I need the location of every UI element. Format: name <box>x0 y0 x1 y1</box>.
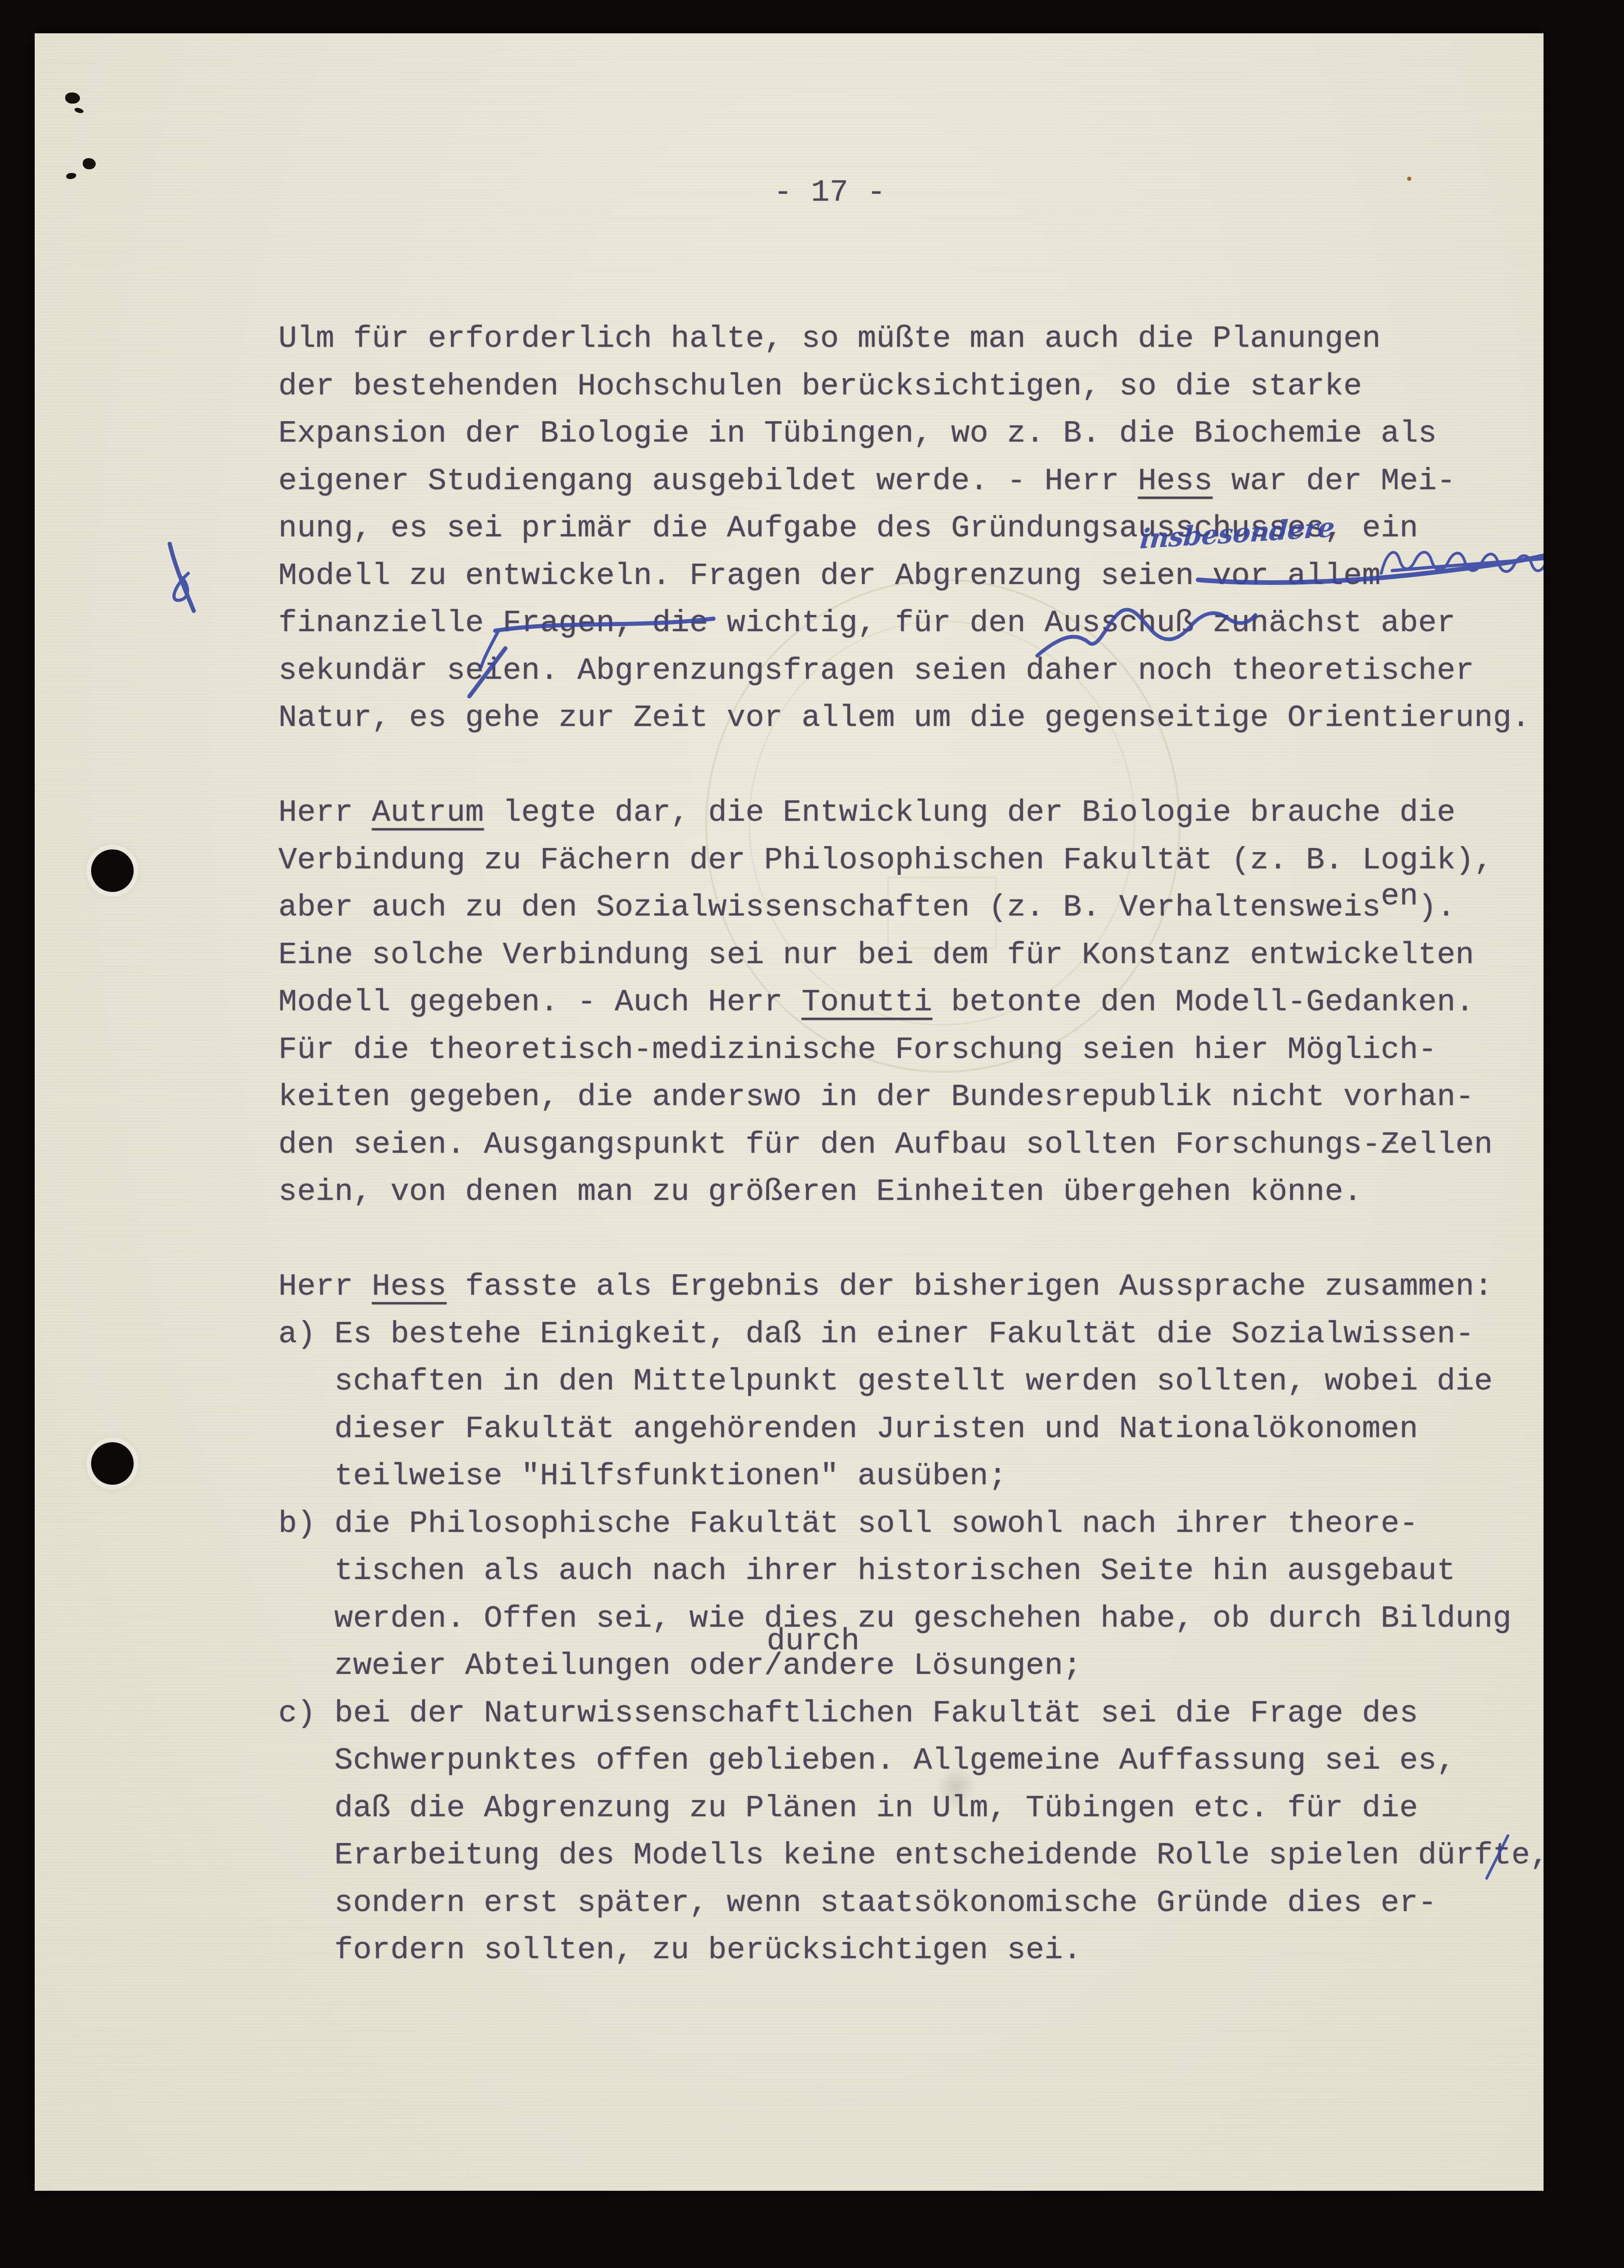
paper-fleck <box>1407 177 1411 181</box>
text-segment: Natur, es gehe zur Zeit vor allem um die… <box>278 701 1530 736</box>
staple-hole <box>66 172 77 180</box>
margin-mark-loop <box>174 573 188 600</box>
text-line-p2-6: Für die theoretisch-medizinische Forschu… <box>278 1035 1437 1066</box>
text-segment: Ulm für erforderlich halte, so müßte man… <box>278 321 1381 356</box>
text-segment: Herr <box>278 1269 372 1304</box>
text-line-p1-6: Modell zu entwickeln. Fragen der Abgrenz… <box>278 561 1381 592</box>
page-number: - 17 - <box>774 178 886 209</box>
text-segment: Modell zu entwickeln. Fragen der Abgrenz… <box>278 559 1381 594</box>
text-segment: legte dar, die Entwicklung der Biologie … <box>484 795 1456 830</box>
text-line-p3-7: tischen als auch nach ihrer historischen… <box>334 1556 1455 1587</box>
text-segment: sondern erst später, wenn staatsökonomis… <box>334 1886 1437 1921</box>
text-segment: Schwerpunktes offen geblieben. Allgemein… <box>334 1743 1455 1778</box>
text-segment: teilweise "Hilfsfunktionen" ausüben; <box>334 1459 1007 1494</box>
text-segment: en <box>1381 879 1418 914</box>
text-segment: a) Es bestehe Einigkeit, daß in einer Fa… <box>278 1317 1474 1352</box>
text-segment: Erarbeitung des Modells keine entscheide… <box>334 1838 1549 1873</box>
text-line-p3-11: Schwerpunktes offen geblieben. Allgemein… <box>334 1746 1455 1776</box>
text-segment: tischen als auch nach ihrer historischen… <box>334 1554 1455 1589</box>
text-line-p3-5: teilweise "Hilfsfunktionen" ausüben; <box>334 1461 1007 1492</box>
text-segment: werden. Offen sei, wie dies zu geschehen… <box>334 1601 1512 1636</box>
text-segment: Expansion der Biologie in Tübingen, wo z… <box>278 416 1437 451</box>
text-line-p3-4: dieser Fakultät angehörenden Juristen un… <box>334 1414 1418 1445</box>
text-segment: sekundär seien. Abgrenzungsfragen seien … <box>278 653 1474 688</box>
scribbled-word-crossed-out <box>1381 552 1544 573</box>
strike-scribble-second <box>1392 559 1544 571</box>
text-line-p3-2: a) Es bestehe Einigkeit, daß in einer Fa… <box>278 1319 1474 1350</box>
text-segment: Verbindung zu Fächern der Philosophische… <box>278 843 1493 878</box>
text-segment: dieser Fakultät angehörenden Juristen un… <box>334 1412 1418 1447</box>
text-line-p1-3: Expansion der Biologie in Tübingen, wo z… <box>278 418 1437 449</box>
text-segment: Für die theoretisch-medizinische Forschu… <box>278 1033 1437 1068</box>
text-line-p2-3: aber auch zu den Sozialwissenschaften (z… <box>278 892 1456 923</box>
text-segment: der bestehenden Hochschulen berücksichti… <box>278 369 1362 404</box>
text-line-p3-10: c) bei der Naturwissenschaftlichen Fakul… <box>278 1698 1418 1729</box>
text-line-p2-2: Verbindung zu Fächern der Philosophische… <box>278 845 1493 876</box>
text-line-p3-3: schaften in den Mittelpunkt gestellt wer… <box>334 1366 1493 1397</box>
punch-hole-top <box>91 849 134 892</box>
text-line-p3-9: zweier Abteilungen oder/andere Lösungen; <box>334 1651 1082 1682</box>
underlined-name: Hess <box>1138 464 1213 499</box>
text-segment: schaften in den Mittelpunkt gestellt wer… <box>334 1364 1493 1399</box>
text-line-p2-5: Modell gegeben. - Auch Herr Tonutti beto… <box>278 987 1474 1018</box>
text-segment: Z- <box>1381 1130 1399 1161</box>
document-page: - 17 - Ulm für erforderlich halte, so mü… <box>35 33 1544 2191</box>
text-line-p1-9: Natur, es gehe zur Zeit vor allem um die… <box>278 703 1530 734</box>
text-segment: b) die Philosophische Fakultät soll sowo… <box>278 1506 1418 1542</box>
text-line-p1-2: der bestehenden Hochschulen berücksichti… <box>278 371 1362 402</box>
text-line-p3-1: Herr Hess fasste als Ergebnis der bisher… <box>278 1272 1493 1303</box>
text-segment: zweier Abteilungen oder/andere Lösungen; <box>334 1648 1082 1684</box>
text-line-p2-7: keiten gegeben, die anderswo in der Bund… <box>278 1082 1474 1113</box>
text-line-p1-1: Ulm für erforderlich halte, so müßte man… <box>278 324 1381 355</box>
text-segment: daß die Abgrenzung zu Plänen in Ulm, Tüb… <box>334 1791 1418 1826</box>
text-segment: war der Mei- <box>1212 464 1455 499</box>
underlined-name: Tonutti <box>801 985 932 1020</box>
text-segment: keiten gegeben, die anderswo in der Bund… <box>278 1080 1474 1115</box>
text-line-p2-4: Eine solche Verbindung sei nur bei dem f… <box>278 940 1474 971</box>
typed-insertion-durch: durch <box>767 1626 860 1657</box>
scanned-document: - 17 - Ulm für erforderlich halte, so mü… <box>0 0 1624 2268</box>
text-line-p3-14: sondern erst später, wenn staatsökonomis… <box>334 1888 1437 1919</box>
text-line-p2-9: sein, von denen man zu größeren Einheite… <box>278 1177 1362 1208</box>
staple-hole <box>74 107 84 114</box>
punch-hole-bottom <box>91 1442 134 1485</box>
text-line-p3-12: daß die Abgrenzung zu Plänen in Ulm, Tüb… <box>334 1793 1418 1824</box>
text-line-p2-8: den seien. Ausgangspunkt für den Aufbau … <box>278 1130 1493 1161</box>
text-segment: ellen <box>1399 1127 1493 1162</box>
text-line-p2-1: Herr Autrum legte dar, die Entwicklung d… <box>278 798 1456 829</box>
text-line-p1-7: finanzielle Fragen, die wichtig, für den… <box>278 608 1456 639</box>
text-segment: finanzielle Fragen, die wichtig, für den… <box>278 606 1456 641</box>
text-segment: betonte den Modell-Gedanken. <box>932 985 1474 1020</box>
text-segment: Eine solche Verbindung sei nur bei dem f… <box>278 938 1474 973</box>
text-segment: ). <box>1418 890 1456 925</box>
text-line-p3-8: werden. Offen sei, wie dies zu geschehen… <box>334 1604 1512 1635</box>
underlined-name: Hess <box>372 1269 447 1304</box>
text-segment: Modell gegeben. - Auch Herr <box>278 985 801 1020</box>
text-line-p3-6: b) die Philosophische Fakultät soll sowo… <box>278 1509 1418 1540</box>
text-segment: fordern sollten, zu berücksichtigen sei. <box>334 1933 1082 1968</box>
text-line-p3-13: Erarbeitung des Modells keine entscheide… <box>334 1840 1549 1871</box>
text-segment: den seien. Ausgangspunkt für den Aufbau … <box>278 1127 1381 1162</box>
staple-hole <box>65 92 80 104</box>
text-segment: Herr <box>278 795 372 830</box>
text-segment: fasste als Ergebnis der bisherigen Aussp… <box>447 1269 1493 1304</box>
text-line-p1-8: sekundär seien. Abgrenzungsfragen seien … <box>278 656 1474 687</box>
text-segment: eigener Studiengang ausgebildet werde. -… <box>278 464 1138 499</box>
text-line-p1-4: eigener Studiengang ausgebildet werde. -… <box>278 466 1456 497</box>
underlined-name: Autrum <box>372 795 484 830</box>
staple-hole <box>83 158 96 169</box>
text-line-p3-15: fordern sollten, zu berücksichtigen sei. <box>334 1935 1082 1966</box>
text-segment: c) bei der Naturwissenschaftlichen Fakul… <box>278 1696 1418 1731</box>
text-segment: aber auch zu den Sozialwissenschaften (z… <box>278 890 1381 925</box>
text-segment: sein, von denen man zu größeren Einheite… <box>278 1174 1362 1210</box>
margin-mark <box>170 544 194 611</box>
